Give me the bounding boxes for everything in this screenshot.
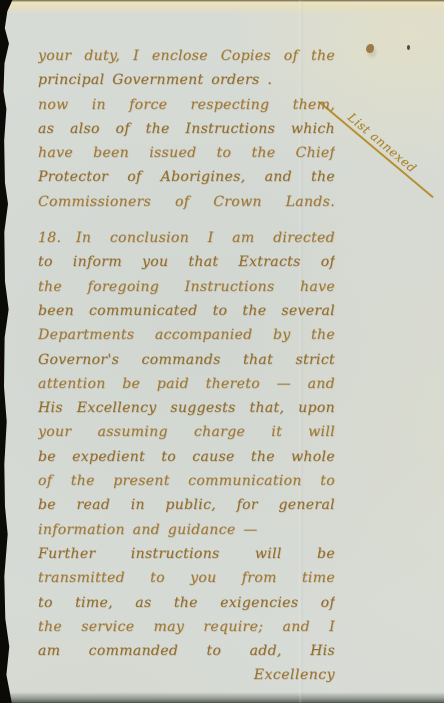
ink-stain bbox=[366, 44, 374, 53]
manuscript-line: been communicated to the several bbox=[38, 299, 335, 323]
ink-dot bbox=[407, 45, 410, 50]
paragraph-2: 18. In conclusion I am directed to infor… bbox=[38, 226, 335, 663]
catchword: Excellency bbox=[38, 663, 335, 687]
manuscript-line: to time, as the exigencies of bbox=[38, 591, 335, 615]
manuscript-line: the service may require; and I bbox=[38, 615, 335, 639]
page-top-edge bbox=[0, 0, 444, 14]
manuscript-line: of the present communication to bbox=[38, 469, 335, 493]
manuscript-line: the foregoing Instructions have bbox=[38, 275, 335, 299]
manuscript-line: to inform you that Extracts of bbox=[38, 250, 335, 274]
manuscript-line: am commanded to add, His bbox=[38, 639, 335, 663]
page-bottom-edge bbox=[0, 692, 444, 703]
manuscript-line: Protector of Aborigines, and the bbox=[38, 165, 335, 189]
manuscript-line: Further instructions will be bbox=[38, 542, 335, 566]
manuscript-line: His Excellency suggests that, upon bbox=[38, 396, 335, 420]
manuscript-line: have been issued to the Chief bbox=[38, 141, 335, 165]
manuscript-line: Commissioners of Crown Lands. bbox=[38, 190, 335, 214]
paragraph-1: your duty, I enclose Copies of theprinci… bbox=[38, 44, 335, 214]
manuscript-line: be read in public, for general bbox=[38, 493, 335, 517]
manuscript-text: your duty, I enclose Copies of theprinci… bbox=[38, 44, 335, 688]
manuscript-line: as also of the Instructions which bbox=[38, 117, 335, 141]
manuscript-line: Governor's commands that strict bbox=[38, 348, 335, 372]
manuscript-line-text: In conclusion I am directed bbox=[76, 226, 335, 250]
manuscript-line: be expedient to cause the whole bbox=[38, 445, 335, 469]
manuscript-line: information and guidance — bbox=[38, 518, 335, 542]
manuscript-line: now in force respecting them, bbox=[38, 93, 335, 117]
manuscript-line: transmitted to you from time bbox=[38, 566, 335, 590]
paragraph-number: 18. bbox=[38, 226, 60, 250]
manuscript-line: your duty, I enclose Copies of the bbox=[38, 44, 335, 68]
manuscript-line: Departments accompanied by the bbox=[38, 323, 335, 347]
manuscript-line: 18. In conclusion I am directed bbox=[38, 226, 335, 250]
manuscript-line: your assuming charge it will bbox=[38, 420, 335, 444]
manuscript-line: attention be paid thereto — and bbox=[38, 372, 335, 396]
manuscript-line: principal Government orders . bbox=[38, 68, 335, 92]
manuscript-photo: List annexed your duty, I enclose Copies… bbox=[0, 0, 444, 703]
